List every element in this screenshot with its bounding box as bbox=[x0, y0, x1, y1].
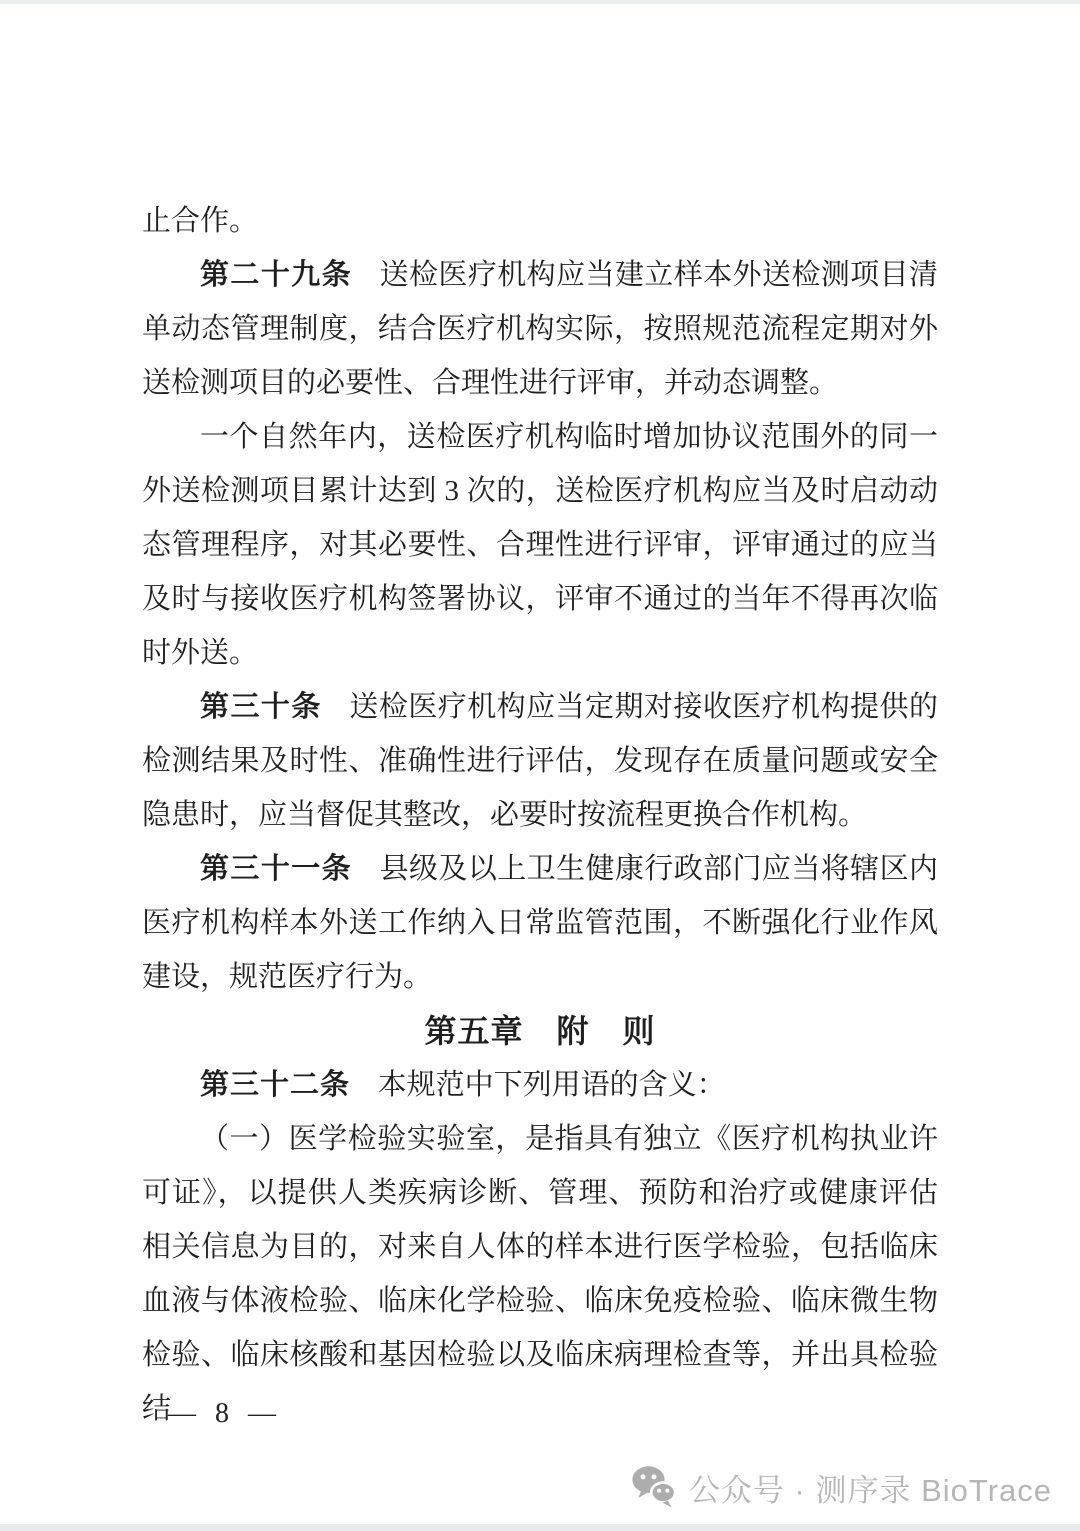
paragraph-text: 止合作。 bbox=[142, 205, 258, 237]
article-30-number: 第三十条 bbox=[200, 691, 322, 723]
watermark-label: 公众号 · 测序录 BioTrace bbox=[689, 1465, 1052, 1510]
paragraph-continuation: 止合作。 bbox=[142, 194, 938, 248]
paragraph-article-29: 第二十九条送检医疗机构应当建立样本外送检测项目清单动态管理制度，结合医疗机构实际… bbox=[142, 248, 938, 410]
paragraph-definition-1: （一）医学检验实验室，是指具有独立《医疗机构执业许可证》，以提供人类疾病诊断、管… bbox=[142, 1112, 938, 1436]
paragraph-text: 本规范中下列用语的含义： bbox=[378, 1069, 726, 1101]
paragraph-article-29-sub: 一个自然年内，送检医疗机构临时增加协议范围外的同一外送检测项目累计达到 3 次的… bbox=[142, 410, 938, 680]
scan-top-edge bbox=[0, 0, 1080, 4]
watermark: 公众号 · 测序录 BioTrace bbox=[631, 1464, 1052, 1510]
article-29-number: 第二十九条 bbox=[200, 259, 352, 291]
paragraph-article-32: 第三十二条本规范中下列用语的含义： bbox=[142, 1058, 938, 1112]
paragraph-article-30: 第三十条送检医疗机构应当定期对接收医疗机构提供的检测结果及时性、准确性进行评估，… bbox=[142, 680, 938, 842]
chapter-5-heading: 第五章 附 则 bbox=[142, 1004, 938, 1058]
paragraph-text: （一）医学检验实验室，是指具有独立《医疗机构执业许可证》，以提供人类疾病诊断、管… bbox=[142, 1123, 938, 1425]
scan-bottom-edge bbox=[0, 1524, 1080, 1531]
wechat-icon bbox=[631, 1464, 677, 1510]
paragraph-article-31: 第三十一条县级及以上卫生健康行政部门应当将辖区内医疗机构样本外送工作纳入日常监管… bbox=[142, 842, 938, 1004]
document-page-text: 止合作。 第二十九条送检医疗机构应当建立样本外送检测项目清单动态管理制度，结合医… bbox=[142, 194, 938, 1436]
article-31-number: 第三十一条 bbox=[200, 853, 352, 885]
page-number: — 8 — bbox=[168, 1398, 282, 1430]
article-32-number: 第三十二条 bbox=[200, 1069, 350, 1101]
paragraph-text: 一个自然年内，送检医疗机构临时增加协议范围外的同一外送检测项目累计达到 3 次的… bbox=[142, 421, 938, 669]
